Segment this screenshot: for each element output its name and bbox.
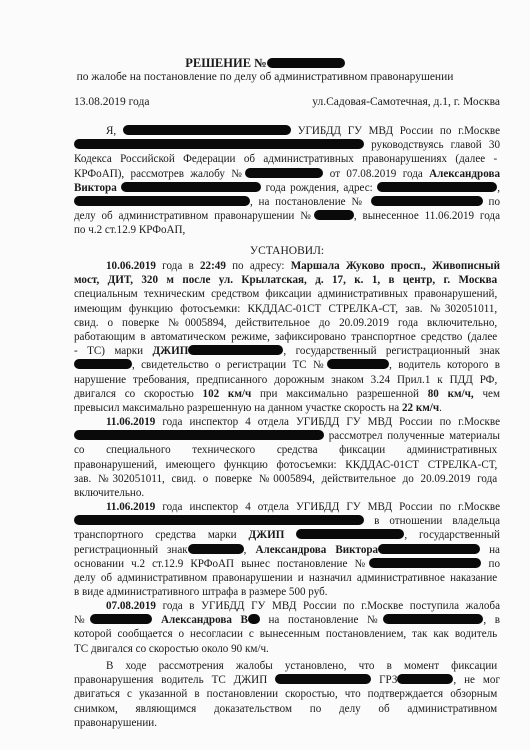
date-line: 13.08.2019 года ул.Садовая-Самотечная, д… xyxy=(74,96,500,108)
redaction xyxy=(121,182,261,192)
redaction xyxy=(378,544,480,554)
text-line: 11.06.2019 года инспектор 4 отдела УГИБД… xyxy=(74,500,500,514)
redaction xyxy=(267,58,345,68)
text-line: мост, ДИТ, 320 м после ул. Крылатская, д… xyxy=(74,273,500,287)
text-line: двигался со скоростью 102 км/ч при макси… xyxy=(74,387,500,401)
redaction xyxy=(327,359,389,369)
text-line: со специального технического средства фи… xyxy=(74,443,500,457)
text-line: основании ч.2 ст.12.9 КРФоАП вынес поста… xyxy=(74,557,500,571)
paragraph-5: В ходе рассмотрения жалобы установлено, … xyxy=(74,659,500,730)
redaction xyxy=(74,139,364,149)
text-line: , свидетельство о регистрации ТС №, води… xyxy=(74,358,500,372)
intro-line: Кодекса Российской Федерации об админист… xyxy=(74,152,500,166)
redaction xyxy=(123,125,291,135)
redaction xyxy=(74,359,132,369)
text-line: 10.06.2019 года в 22:49 по адресу: Марша… xyxy=(74,259,500,273)
paragraph-2: 11.06.2019 года инспектор 4 отдела УГИБД… xyxy=(74,415,500,500)
text-line: регистрационный знак, Александрова Викто… xyxy=(74,543,500,557)
intro-line: , на постановление № по xyxy=(74,195,500,209)
intro-line: КРФоАП), рассмотрев жалобу № от 07.08.20… xyxy=(74,167,500,181)
text-line: двигаться с указанной в постановлении ск… xyxy=(74,687,500,701)
text-line: работающим в автоматическом режиме, зафи… xyxy=(74,330,500,344)
redaction xyxy=(74,430,324,440)
decision-title: РЕШЕНИЕ № xyxy=(0,56,530,71)
text-line: включительно. xyxy=(74,486,500,500)
text-line: № Александрова В на постановление №, в xyxy=(74,613,500,627)
decision-date: 13.08.2019 года xyxy=(74,96,149,108)
paragraph-4: 07.08.2019 года в УГИБДД ГУ МВД России п… xyxy=(74,599,500,656)
text-line: зав. №302051011, свид. о поверке №000589… xyxy=(74,472,500,486)
text-line: правонарушений, имеющего функцию фотосъе… xyxy=(74,458,500,472)
redaction xyxy=(188,345,283,355)
redaction xyxy=(188,544,244,554)
text-line: снимком, являющимся доказательством по д… xyxy=(74,702,500,716)
established-heading: УСТАНОВИЛ: xyxy=(74,244,500,258)
intro-paragraph: Я, УГИБДД ГУ МВД России по г.Москве руко… xyxy=(74,124,500,238)
redaction xyxy=(397,674,453,684)
decision-subtitle: по жалобе на постановление по делу об ад… xyxy=(0,71,530,83)
text-line: правонарушении. xyxy=(74,716,500,730)
title-text: РЕШЕНИЕ № xyxy=(185,56,267,70)
decision-address: ул.Садовая-Самотечная, д.1, г. Москва xyxy=(312,96,500,108)
document-page: РЕШЕНИЕ № по жалобе на постановление по … xyxy=(0,0,530,750)
paragraph-3: 11.06.2019 года инспектор 4 отдела УГИБД… xyxy=(74,500,500,599)
text-line: правонарушения водитель ТС ДЖИП ГРЗ, не … xyxy=(74,673,500,687)
redaction xyxy=(377,182,497,192)
paragraph-1: 10.06.2019 года в 22:49 по адресу: Марша… xyxy=(74,259,500,415)
intro-line: по ч.2 ст.12.9 КРФоАП, xyxy=(74,223,500,237)
redaction xyxy=(248,614,260,624)
text-line: которой сообщается о несогласии с вынесе… xyxy=(74,627,500,641)
text-line: ТС двигался со скоростью около 90 км/ч. xyxy=(74,642,500,656)
text-line: превысил максимально разрешенную на данн… xyxy=(74,401,500,415)
text-line: делу об административном правонарушении … xyxy=(74,571,500,585)
text-line: специальным техническим средством фиксац… xyxy=(74,287,500,301)
intro-line: руководствуясь главой 30 xyxy=(74,138,500,152)
text-line: В ходе рассмотрения жалобы установлено, … xyxy=(74,659,500,673)
text-line: в отношении владельца xyxy=(74,514,500,528)
text-line: рассмотрел полученные материалы xyxy=(74,429,500,443)
redaction xyxy=(296,529,404,539)
redaction xyxy=(74,515,364,525)
redaction xyxy=(90,614,152,624)
text-line: нарушение требования, предписанного доро… xyxy=(74,373,500,387)
redaction xyxy=(314,210,354,220)
text-line: транспортного средства марки ДЖИП , госу… xyxy=(74,528,500,542)
text-line: имеющим функцию фотосъемки: ККДДАС-01СТ … xyxy=(74,302,500,316)
text-line: свид. о поверке №0005894, действительное… xyxy=(74,316,500,330)
intro-line: делу об административном правонарушении … xyxy=(74,209,500,223)
text-line: в виде административного штрафа в размер… xyxy=(74,585,500,599)
redaction xyxy=(369,558,481,568)
text-line: - ТС) марки ДЖИП, государственный регист… xyxy=(74,344,500,358)
intro-line: Я, УГИБДД ГУ МВД России по г.Москве xyxy=(74,124,500,138)
intro-line: Виктора года рождения, адрес: , xyxy=(74,181,500,195)
text-line: 11.06.2019 года инспектор 4 отдела УГИБД… xyxy=(74,415,500,429)
text-line: 07.08.2019 года в УГИБДД ГУ МВД России п… xyxy=(74,599,500,613)
redaction xyxy=(383,614,483,624)
redaction xyxy=(371,196,483,206)
redaction xyxy=(245,168,323,178)
redaction xyxy=(275,674,371,684)
redaction xyxy=(74,196,250,206)
